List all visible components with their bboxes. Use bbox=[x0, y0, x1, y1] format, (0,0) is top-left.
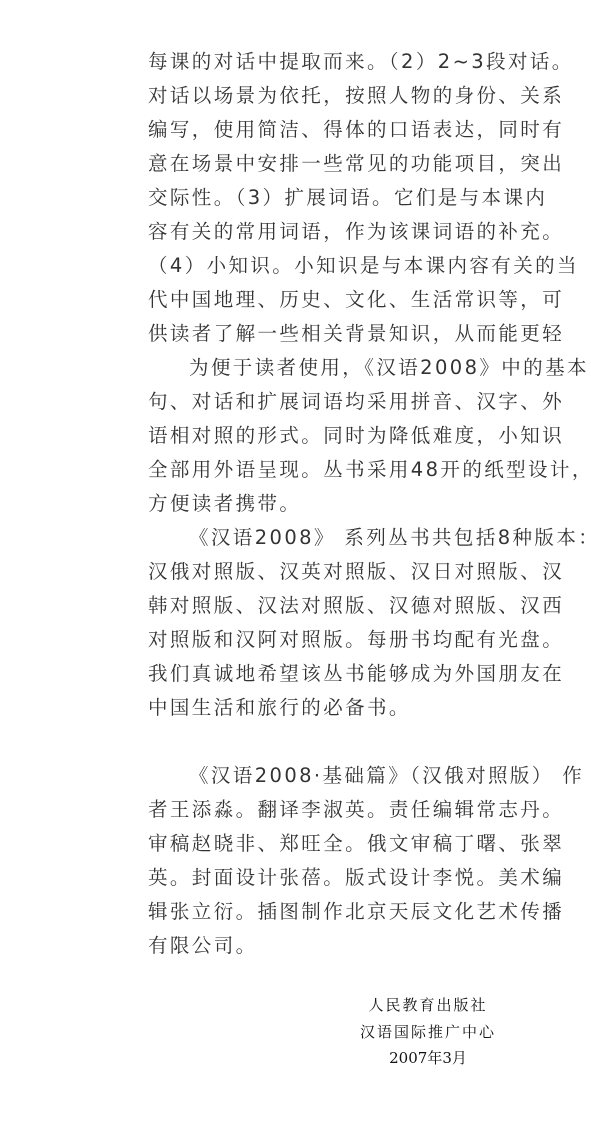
text-line: 者王添淼。翻译李淑英。责任编辑常志丹。 bbox=[148, 793, 520, 827]
text-line: 审稿赵晓非、郑旺全。俄文审稿丁曙、张翠 bbox=[148, 827, 520, 861]
publication-date: 2007年3月 bbox=[330, 1045, 526, 1072]
text-line: 供读者了解一些相关背景知识，从而能更轻 bbox=[148, 317, 520, 351]
text-line: 句、对话和扩展词语均采用拼音、汉字、外 bbox=[148, 385, 520, 419]
paragraph-lesson-structure: 每课的对话中提取而来。（2）2~3段对话。 对话以场景为依托，按照人物的身份、关… bbox=[148, 45, 520, 351]
text-line: 韩对照版、汉法对照版、汉德对照版、汉西 bbox=[148, 589, 520, 623]
text-line: 对照版和汉阿对照版。每册书均配有光盘。 bbox=[148, 623, 520, 657]
text-line: 对话以场景为依托，按照人物的身份、关系 bbox=[148, 79, 520, 113]
text-line: 《汉语2008·基础篇》（汉俄对照版） 作 bbox=[148, 759, 520, 793]
text-line: 容有关的常用词语，作为该课词语的补充。 bbox=[148, 215, 520, 249]
text-line: 意在场景中安排一些常见的功能项目，突出 bbox=[148, 147, 520, 181]
paragraph-editions: 《汉语2008》 系列丛书共包括8种版本： 汉俄对照版、汉英对照版、汉日对照版、… bbox=[148, 521, 520, 725]
text-line: 《汉语2008》 系列丛书共包括8种版本： bbox=[148, 521, 520, 555]
paragraph-format: 为便于读者使用，《汉语2008》中的基本 句、对话和扩展词语均采用拼音、汉字、外… bbox=[148, 351, 520, 521]
text-line: 编写，使用简洁、得体的口语表达，同时有 bbox=[148, 113, 520, 147]
text-line: 代中国地理、历史、文化、生活常识等，可 bbox=[148, 283, 520, 317]
text-line: 英。封面设计张蓓。版式设计李悦。美术编 bbox=[148, 861, 520, 895]
text-line: 辑张立衍。插图制作北京天辰文化艺术传播 bbox=[148, 895, 520, 929]
paragraph-spacer bbox=[148, 725, 520, 759]
text-line: 交际性。（3）扩展词语。它们是与本课内 bbox=[148, 181, 520, 215]
text-line: 为便于读者使用，《汉语2008》中的基本 bbox=[148, 351, 520, 385]
organization-name: 汉语国际推广中心 bbox=[330, 1019, 526, 1046]
text-line: 我们真诚地希望该丛书能够成为外国朋友在 bbox=[148, 657, 520, 691]
text-line: 每课的对话中提取而来。（2）2~3段对话。 bbox=[148, 45, 520, 79]
text-line: 语相对照的形式。同时为降低难度，小知识 bbox=[148, 419, 520, 453]
publisher-name: 人民教育出版社 bbox=[330, 992, 526, 1019]
document-body: 每课的对话中提取而来。（2）2~3段对话。 对话以场景为依托，按照人物的身份、关… bbox=[148, 45, 520, 963]
text-line: 中国生活和旅行的必备书。 bbox=[148, 691, 520, 725]
paragraph-credits: 《汉语2008·基础篇》（汉俄对照版） 作 者王添淼。翻译李淑英。责任编辑常志丹… bbox=[148, 759, 520, 963]
text-line: （4）小知识。小知识是与本课内容有关的当 bbox=[148, 249, 520, 283]
text-line: 汉俄对照版、汉英对照版、汉日对照版、汉 bbox=[148, 555, 520, 589]
text-line: 全部用外语呈现。丛书采用48开的纸型设计， bbox=[148, 453, 520, 487]
text-line: 有限公司。 bbox=[148, 929, 520, 963]
signature-block: 人民教育出版社 汉语国际推广中心 2007年3月 bbox=[330, 992, 526, 1072]
text-line: 方便读者携带。 bbox=[148, 487, 520, 521]
